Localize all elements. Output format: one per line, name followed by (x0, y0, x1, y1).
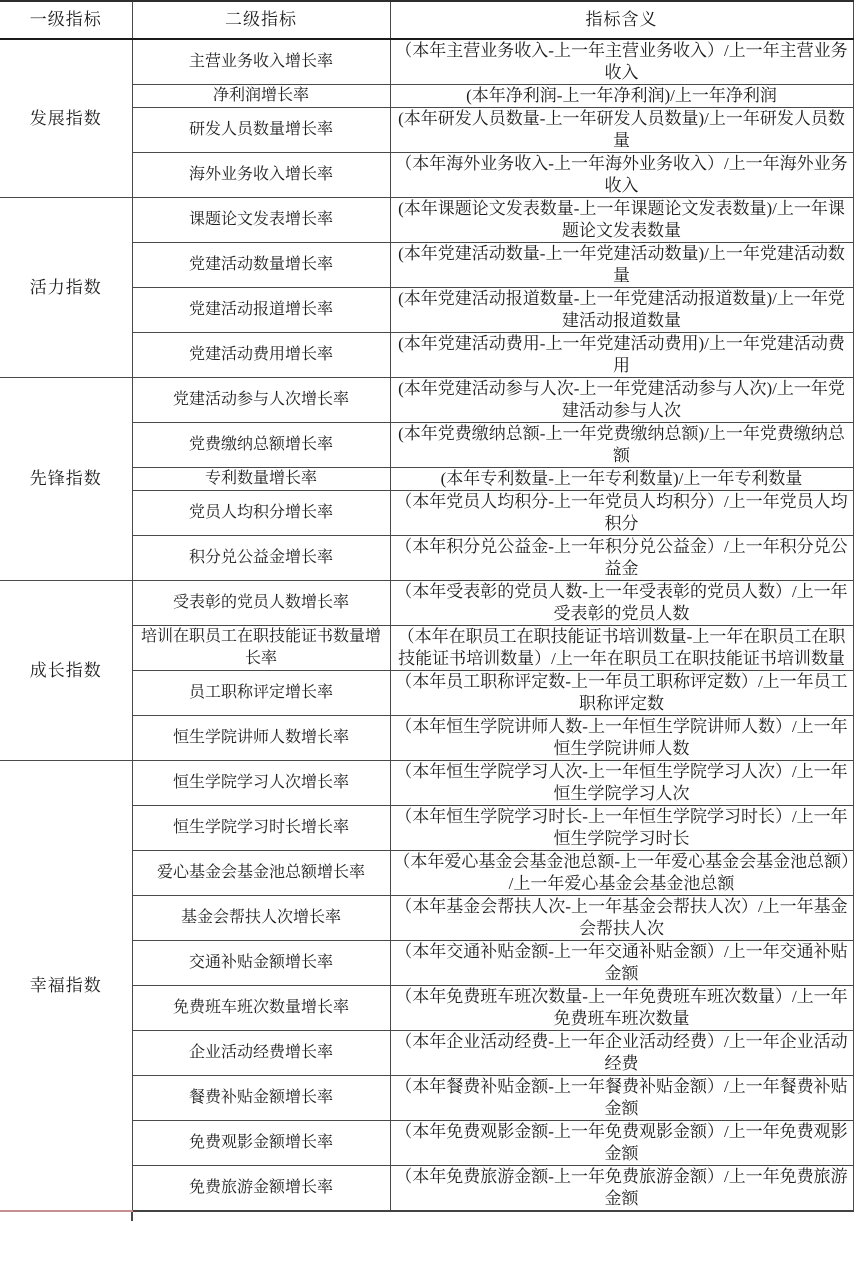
secondary-indicator-cell: 党建活动参与人次增长率 (132, 378, 390, 423)
indicator-meaning-cell: (本年党费缴纳总额-上一年党费缴纳总额)/上一年党费缴纳总额 (390, 423, 853, 468)
header-primary-indicator: 一级指标 (0, 1, 132, 39)
primary-indicator-cell: 成长指数 (0, 581, 132, 761)
secondary-indicator-cell: 党员人均积分增长率 (132, 491, 390, 536)
indicator-meaning-cell: （本年党员人均积分-上一年党员人均积分）/上一年党员人均积分 (390, 491, 853, 536)
indicator-meaning-cell: （本年在职员工在职技能证书培训数量-上一年在职员工在职技能证书培训数量）/上一年… (390, 626, 853, 671)
indicator-meaning-cell: （本年餐费补贴金额-上一年餐费补贴金额）/上一年餐费补贴金额 (390, 1076, 853, 1121)
indicator-meaning-cell: (本年专利数量-上一年专利数量)/上一年专利数量 (390, 468, 853, 491)
secondary-indicator-cell: 海外业务收入增长率 (132, 153, 390, 198)
indicator-table: 一级指标 二级指标 指标含义 发展指数主营业务收入增长率（本年主营业务收入-上一… (0, 0, 854, 1212)
indicator-meaning-cell: (本年党建活动费用-上一年党建活动费用)/上一年党建活动费用 (390, 333, 853, 378)
secondary-indicator-cell: 恒生学院学习人次增长率 (132, 761, 390, 806)
table-row: 先锋指数党建活动参与人次增长率(本年党建活动参与人次-上一年党建活动参与人次)/… (0, 378, 853, 423)
secondary-indicator-cell: 研发人员数量增长率 (132, 108, 390, 153)
indicator-meaning-cell: （本年主营业务收入-上一年主营业务收入）/上一年主营业务收入 (390, 39, 853, 85)
indicator-meaning-cell: (本年课题论文发表数量-上一年课题论文发表数量)/上一年课题论文发表数量 (390, 198, 853, 243)
secondary-indicator-cell: 交通补贴金额增长率 (132, 941, 390, 986)
secondary-indicator-cell: 党建活动费用增长率 (132, 333, 390, 378)
secondary-indicator-cell: 免费旅游金额增长率 (132, 1166, 390, 1212)
secondary-indicator-cell: 培训在职员工在职技能证书数量增长率 (132, 626, 390, 671)
primary-indicator-cell: 先锋指数 (0, 378, 132, 581)
indicator-meaning-cell: （本年爱心基金会基金池总额-上一年爱心基金会基金池总额）/上一年爱心基金会基金池… (390, 851, 853, 896)
secondary-indicator-cell: 员工职称评定增长率 (132, 671, 390, 716)
indicator-meaning-cell: （本年免费班车班次数量-上一年免费班车班次数量）/上一年免费班车班次数量 (390, 986, 853, 1031)
indicator-meaning-cell: （本年积分兑公益金-上一年积分兑公益金）/上一年积分兑公益金 (390, 536, 853, 581)
indicator-meaning-cell: (本年研发人员数量-上一年研发人员数量)/上一年研发人员数量 (390, 108, 853, 153)
secondary-indicator-cell: 免费观影金额增长率 (132, 1121, 390, 1166)
table-row: 幸福指数恒生学院学习人次增长率（本年恒生学院学习人次-上一年恒生学院学习人次）/… (0, 761, 853, 806)
indicator-table-header: 一级指标 二级指标 指标含义 (0, 1, 853, 39)
header-row: 一级指标 二级指标 指标含义 (0, 1, 853, 39)
header-secondary-indicator: 二级指标 (132, 1, 390, 39)
secondary-indicator-cell: 课题论文发表增长率 (132, 198, 390, 243)
column-divider-tail (131, 1212, 133, 1221)
table-row: 成长指数受表彰的党员人数增长率（本年受表彰的党员人数-上一年受表彰的党员人数）/… (0, 581, 853, 626)
secondary-indicator-cell: 积分兑公益金增长率 (132, 536, 390, 581)
document-page: 一级指标 二级指标 指标含义 发展指数主营业务收入增长率（本年主营业务收入-上一… (0, 0, 854, 1221)
primary-indicator-cell: 发展指数 (0, 39, 132, 198)
secondary-indicator-cell: 爱心基金会基金池总额增长率 (132, 851, 390, 896)
secondary-indicator-cell: 专利数量增长率 (132, 468, 390, 491)
secondary-indicator-cell: 免费班车班次数量增长率 (132, 986, 390, 1031)
secondary-indicator-cell: 净利润增长率 (132, 85, 390, 108)
indicator-meaning-cell: (本年党建活动数量-上一年党建活动数量)/上一年党建活动数量 (390, 243, 853, 288)
indicator-table-body: 发展指数主营业务收入增长率（本年主营业务收入-上一年主营业务收入）/上一年主营业… (0, 39, 853, 1211)
secondary-indicator-cell: 基金会帮扶人次增长率 (132, 896, 390, 941)
indicator-meaning-cell: （本年员工职称评定数-上一年员工职称评定数）/上一年员工职称评定数 (390, 671, 853, 716)
indicator-meaning-cell: （本年海外业务收入-上一年海外业务收入）/上一年海外业务收入 (390, 153, 853, 198)
secondary-indicator-cell: 企业活动经费增长率 (132, 1031, 390, 1076)
indicator-meaning-cell: （本年基金会帮扶人次-上一年基金会帮扶人次）/上一年基金会帮扶人次 (390, 896, 853, 941)
primary-indicator-cell: 幸福指数 (0, 761, 132, 1212)
indicator-meaning-cell: (本年党建活动参与人次-上一年党建活动参与人次)/上一年党建活动参与人次 (390, 378, 853, 423)
indicator-meaning-cell: （本年受表彰的党员人数-上一年受表彰的党员人数）/上一年受表彰的党员人数 (390, 581, 853, 626)
indicator-meaning-cell: （本年企业活动经费-上一年企业活动经费）/上一年企业活动经费 (390, 1031, 853, 1076)
secondary-indicator-cell: 主营业务收入增长率 (132, 39, 390, 85)
indicator-meaning-cell: （本年恒生学院学习人次-上一年恒生学院学习人次）/上一年恒生学院学习人次 (390, 761, 853, 806)
indicator-meaning-cell: （本年交通补贴金额-上一年交通补贴金额）/上一年交通补贴金额 (390, 941, 853, 986)
header-indicator-meaning: 指标含义 (390, 1, 853, 39)
table-row: 发展指数主营业务收入增长率（本年主营业务收入-上一年主营业务收入）/上一年主营业… (0, 39, 853, 85)
primary-indicator-cell: 活力指数 (0, 198, 132, 378)
secondary-indicator-cell: 党建活动报道增长率 (132, 288, 390, 333)
indicator-meaning-cell: （本年恒生学院讲师人数-上一年恒生学院讲师人数）/上一年恒生学院讲师人数 (390, 716, 853, 761)
secondary-indicator-cell: 党费缴纳总额增长率 (132, 423, 390, 468)
secondary-indicator-cell: 受表彰的党员人数增长率 (132, 581, 390, 626)
indicator-meaning-cell: （本年免费旅游金额-上一年免费旅游金额）/上一年免费旅游金额 (390, 1166, 853, 1212)
secondary-indicator-cell: 党建活动数量增长率 (132, 243, 390, 288)
indicator-meaning-cell: （本年恒生学院学习时长-上一年恒生学院学习时长）/上一年恒生学院学习时长 (390, 806, 853, 851)
table-row: 活力指数课题论文发表增长率(本年课题论文发表数量-上一年课题论文发表数量)/上一… (0, 198, 853, 243)
indicator-meaning-cell: (本年净利润-上一年净利润)/上一年净利润 (390, 85, 853, 108)
secondary-indicator-cell: 恒生学院讲师人数增长率 (132, 716, 390, 761)
secondary-indicator-cell: 餐费补贴金额增长率 (132, 1076, 390, 1121)
indicator-meaning-cell: (本年党建活动报道数量-上一年党建活动报道数量)/上一年党建活动报道数量 (390, 288, 853, 333)
secondary-indicator-cell: 恒生学院学习时长增长率 (132, 806, 390, 851)
indicator-meaning-cell: （本年免费观影金额-上一年免费观影金额）/上一年免费观影金额 (390, 1121, 853, 1166)
